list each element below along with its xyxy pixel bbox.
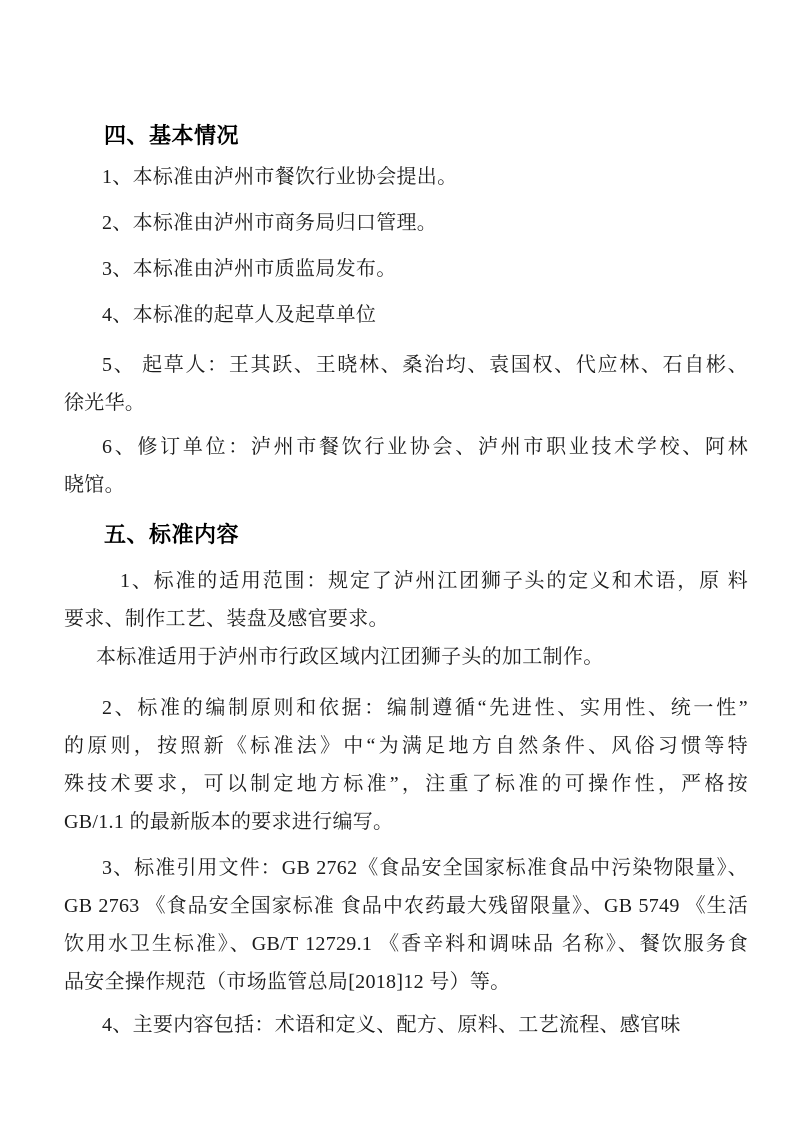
paragraph-line: GB/1.1 的最新版本的要求进行编写。 [64,803,748,841]
paragraph-line: 要求、制作工艺、装盘及感官要求。 [64,600,748,638]
paragraph-line: 饮用水卫生标准》、GB/T 12729.1 《香辛料和调味品 名称》、餐饮服务食 [64,925,748,963]
paragraph-line: 5、 起草人：王其跃、王晓林、桑治均、袁国权、代应林、石自彬、 [64,346,748,384]
paragraph-line: 1、标准的适用范围：规定了泸州江团狮子头的定义和术语，原 料 [64,562,748,600]
document-page: 四、基本情况 1、本标准由泸州市餐饮行业协会提出。 2、本标准由泸州市商务局归口… [0,0,793,1122]
list-item-4: 4、本标准的起草人及起草单位 [64,296,748,334]
paragraph-line: 品安全操作规范（市场监管总局[2018]12 号）等。 [64,963,748,1001]
paragraph-line: 2、标准的编制原则和依据：编制遵循“先进性、实用性、统一性” [64,689,748,727]
paragraph-line: 徐光华。 [64,384,748,422]
paragraph-line: 3、标准引用文件：GB 2762《食品安全国家标准食品中污染物限量》、 [64,849,748,887]
list-item-6-revising-units: 6、修订单位：泸州市餐饮行业协会、泸州市职业技术学校、阿林 晓馆。 [64,428,748,504]
list-item-1: 1、本标准由泸州市餐饮行业协会提出。 [64,158,748,196]
paragraph-main-contents: 4、主要内容包括：术语和定义、配方、原料、工艺流程、感官味 [64,1006,748,1044]
paragraph-line: GB 2763 《食品安全国家标准 食品中农药最大残留限量》、GB 5749 《… [64,887,748,925]
paragraph-scope: 1、标准的适用范围：规定了泸州江团狮子头的定义和术语，原 料 要求、制作工艺、装… [64,562,748,638]
paragraph-line: 4、主要内容包括：术语和定义、配方、原料、工艺流程、感官味 [64,1006,748,1044]
paragraph-line: 的原则，按照新《标准法》中“为满足地方自然条件、风俗习惯等特 [64,727,748,765]
list-item-5-drafters: 5、 起草人：王其跃、王晓林、桑治均、袁国权、代应林、石自彬、 徐光华。 [64,346,748,422]
paragraph-line: 晓馆。 [64,466,748,504]
paragraph-applicability: 本标准适用于泸州市行政区域内江团狮子头的加工制作。 [64,638,748,676]
paragraph-line: 殊技术要求，可以制定地方标准”，注重了标准的可操作性，严格按 [64,765,748,803]
section-heading-basic-info: 四、基本情况 [64,121,748,151]
paragraph-line: 本标准适用于泸州市行政区域内江团狮子头的加工制作。 [64,638,748,676]
paragraph-principles: 2、标准的编制原则和依据：编制遵循“先进性、实用性、统一性” 的原则，按照新《标… [64,689,748,841]
list-item-2: 2、本标准由泸州市商务局归口管理。 [64,204,748,242]
list-item-3: 3、本标准由泸州市质监局发布。 [64,250,748,288]
paragraph-line: 6、修订单位：泸州市餐饮行业协会、泸州市职业技术学校、阿林 [64,428,748,466]
section-heading-standard-content: 五、标准内容 [64,520,748,550]
paragraph-references: 3、标准引用文件：GB 2762《食品安全国家标准食品中污染物限量》、 GB 2… [64,849,748,1001]
